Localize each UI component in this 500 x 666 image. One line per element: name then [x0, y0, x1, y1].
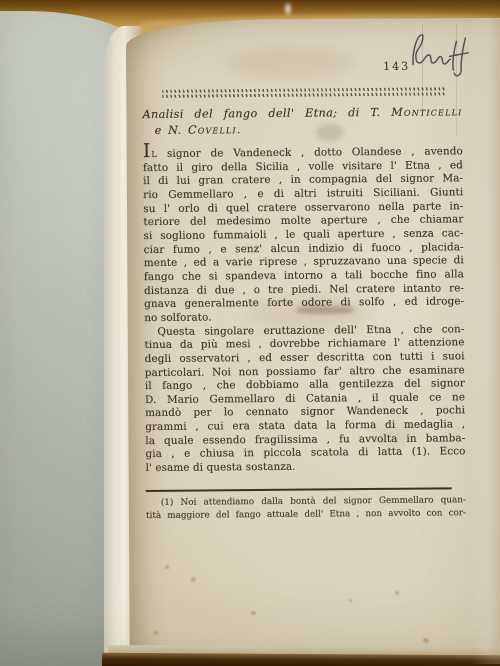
- photo-of-open-book: 143 Analisi del fango dell' Etna; di T. …: [0, 0, 500, 666]
- line-text: signor de Vandeneck , dotto Olandese , a…: [157, 145, 463, 160]
- title-text: Analisi del fango dell' Etna; di T.: [142, 106, 391, 121]
- foxing-spot: [395, 591, 399, 595]
- body-line: gnava generalmente forte odore di solfo …: [144, 295, 464, 311]
- author-monticelli: Monticelli: [391, 105, 462, 119]
- footnote-separator-rule: [146, 487, 452, 492]
- drop-cap: I: [143, 140, 152, 162]
- page-number: 143: [142, 60, 410, 76]
- wooden-table-bottom: [102, 653, 500, 666]
- article-title-line2: e N. Covelli.: [143, 120, 463, 138]
- foxing-spot: [349, 599, 352, 602]
- article-title-line1: Analisi del fango dell' Etna; di T. Mont…: [142, 104, 462, 122]
- body-line: gia , e chiusa in piccola scatola di lat…: [145, 446, 465, 462]
- article-title: Analisi del fango dell' Etna; di T. Mont…: [142, 104, 462, 138]
- ornamental-rule-row: [162, 92, 446, 98]
- foxing-spot: [251, 611, 256, 615]
- foxing-spot: [165, 565, 169, 569]
- foxing-spot: [191, 577, 196, 582]
- foxing-spot: [154, 631, 158, 635]
- footnote-line: tità maggiore del fango attuale dell' Et…: [146, 507, 466, 523]
- author-covelli: Covelli.: [188, 123, 242, 136]
- ornamental-rule: [162, 87, 446, 98]
- glare-speck: [283, 1, 293, 17]
- printed-text-block: 143 Analisi del fango dell' Etna; di T. …: [142, 59, 466, 523]
- footnote: (1) Noi attendiamo dalla bontà del signo…: [146, 494, 466, 523]
- body-line: l' esame di questa sostanza.: [145, 459, 465, 475]
- handwritten-ink-scribble: [402, 21, 484, 84]
- foxing-spot: [423, 638, 429, 643]
- body-text: IL signor de Vandeneck , dotto Olandese …: [143, 145, 466, 476]
- title-text: e N.: [155, 123, 188, 136]
